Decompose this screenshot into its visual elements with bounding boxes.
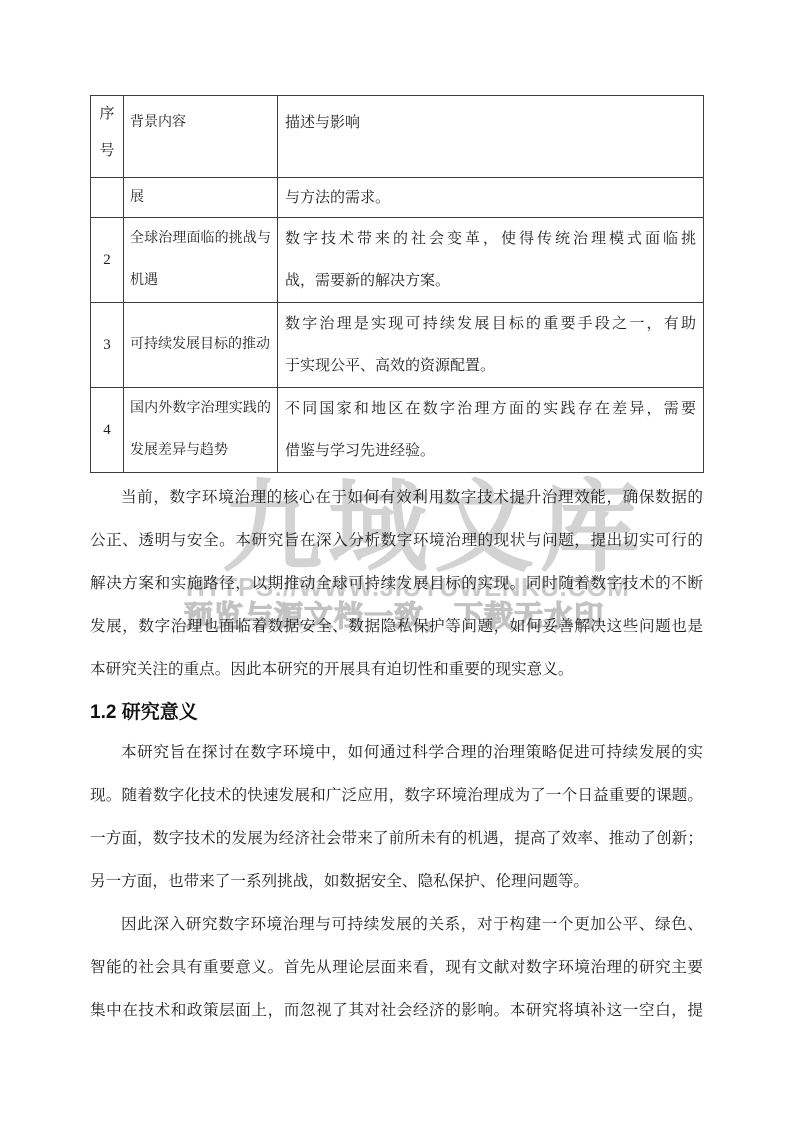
- table-header-row: 序 号 背景内容 描述与影响: [91, 96, 704, 178]
- cell-line: 机遇: [130, 260, 271, 302]
- cell-background: 全球治理面临的挑战与 机遇: [124, 218, 278, 303]
- cell-background: 国内外数字治理实践的 发展差异与趋势: [124, 388, 278, 473]
- paragraph-line: 解决方案和实施路径，以期推动全球可持续发展目标的实现。同时随着数字技术的不断: [90, 562, 703, 605]
- cell-number: 2: [91, 218, 124, 303]
- cell-line: 发展差异与趋势: [130, 430, 271, 472]
- table-row: 3 可持续发展目标的推动 数字治理是实现可持续发展目标的重要手段之一，有助 于实…: [91, 303, 704, 388]
- header-cell-background: 背景内容: [124, 96, 278, 178]
- cell-description: 与方法的需求。: [278, 178, 704, 218]
- cell-line: 于实现公平、高效的资源配置。: [285, 345, 696, 387]
- table-row: 2 全球治理面临的挑战与 机遇 数字技术带来的社会变革，使得传统治理模式面临挑 …: [91, 218, 704, 303]
- cell-line: 战，需要新的解决方案。: [285, 260, 696, 302]
- cell-number: [91, 178, 124, 218]
- paragraph-line: 另一方面，也带来了一系列挑战，如数据安全、隐私保护、伦理问题等。: [90, 860, 703, 903]
- cell-line: 展: [130, 179, 271, 217]
- cell-number: 4: [91, 388, 124, 473]
- section-heading: 1.2 研究意义: [90, 700, 703, 726]
- cell-number: 3: [91, 303, 124, 388]
- cell-line: 国内外数字治理实践的: [130, 388, 271, 430]
- row-number: 2: [91, 239, 123, 281]
- paragraph: 当前，数字环境治理的核心在于如何有效利用数字技术提升治理效能，确保数据的 公正、…: [90, 476, 703, 691]
- document-page: { "watermark": { "brand": "九域文库", "url":…: [0, 0, 793, 1122]
- cell-background: 可持续发展目标的推动: [124, 303, 278, 388]
- header-number-line2: 号: [91, 133, 123, 170]
- document-content: 序 号 背景内容 描述与影响 展 与方法的需求。 2: [90, 0, 703, 1032]
- paragraph-line: 本研究关注的重点。因此本研究的开展具有迫切性和重要的现实意义。: [90, 648, 703, 691]
- paragraph-line: 发展，数字治理也面临着数据安全、数据隐私保护等问题，如何妥善解决这些问题也是: [90, 605, 703, 648]
- table-row: 展 与方法的需求。: [91, 178, 704, 218]
- paragraph: 因此深入研究数字环境治理与可持续发展的关系，对于构建一个更加公平、绿色、 智能的…: [90, 903, 703, 1032]
- paragraph-line: 当前，数字环境治理的核心在于如何有效利用数字技术提升治理效能，确保数据的: [90, 476, 703, 519]
- paragraph-line: 集中在技术和政策层面上，而忽视了其对社会经济的影响。本研究将填补这一空白，提: [90, 989, 703, 1032]
- row-number: 3: [91, 324, 123, 366]
- header-description-label: 描述与影响: [285, 113, 696, 133]
- paragraph-line: 一方面，数字技术的发展为经济社会带来了前所未有的机遇，提高了效率、推动了创新；: [90, 817, 703, 860]
- paragraph-line: 公正、透明与安全。本研究旨在深入分析数字环境治理的现状与问题，提出切实可行的: [90, 519, 703, 562]
- header-cell-description: 描述与影响: [278, 96, 704, 178]
- cell-description: 不同国家和地区在数字治理方面的实践存在差异，需要 借鉴与学习先进经验。: [278, 388, 704, 473]
- cell-description: 数字技术带来的社会变革，使得传统治理模式面临挑 战，需要新的解决方案。: [278, 218, 704, 303]
- header-background-label: 背景内容: [130, 113, 271, 133]
- table-row: 4 国内外数字治理实践的 发展差异与趋势 不同国家和地区在数字治理方面的实践存在…: [91, 388, 704, 473]
- paragraph-line: 因此深入研究数字环境治理与可持续发展的关系，对于构建一个更加公平、绿色、: [90, 903, 703, 946]
- paragraph-line: 本研究旨在探讨在数字环境中，如何通过科学合理的治理策略促进可持续发展的实: [90, 731, 703, 774]
- background-table: 序 号 背景内容 描述与影响 展 与方法的需求。 2: [90, 95, 704, 473]
- paragraph-line: 智能的社会具有重要意义。首先从理论层面来看，现有文献对数字环境治理的研究主要: [90, 946, 703, 989]
- cell-description: 数字治理是实现可持续发展目标的重要手段之一，有助 于实现公平、高效的资源配置。: [278, 303, 704, 388]
- paragraph: 本研究旨在探讨在数字环境中，如何通过科学合理的治理策略促进可持续发展的实 现。随…: [90, 731, 703, 903]
- cell-line: 不同国家和地区在数字治理方面的实践存在差异，需要: [285, 388, 696, 430]
- header-number-line1: 序: [91, 96, 123, 133]
- paragraph-line: 现。随着数字化技术的快速发展和广泛应用，数字环境治理成为了一个日益重要的课题。: [90, 774, 703, 817]
- cell-line: 与方法的需求。: [285, 179, 696, 217]
- cell-line: 全球治理面临的挑战与: [130, 218, 271, 260]
- cell-line: 数字治理是实现可持续发展目标的重要手段之一，有助: [285, 303, 696, 345]
- header-cell-number: 序 号: [91, 96, 124, 178]
- cell-background: 展: [124, 178, 278, 218]
- cell-line: 数字技术带来的社会变革，使得传统治理模式面临挑: [285, 218, 696, 260]
- cell-line: 可持续发展目标的推动: [130, 324, 271, 366]
- row-number: 4: [91, 409, 123, 451]
- cell-line: 借鉴与学习先进经验。: [285, 430, 696, 472]
